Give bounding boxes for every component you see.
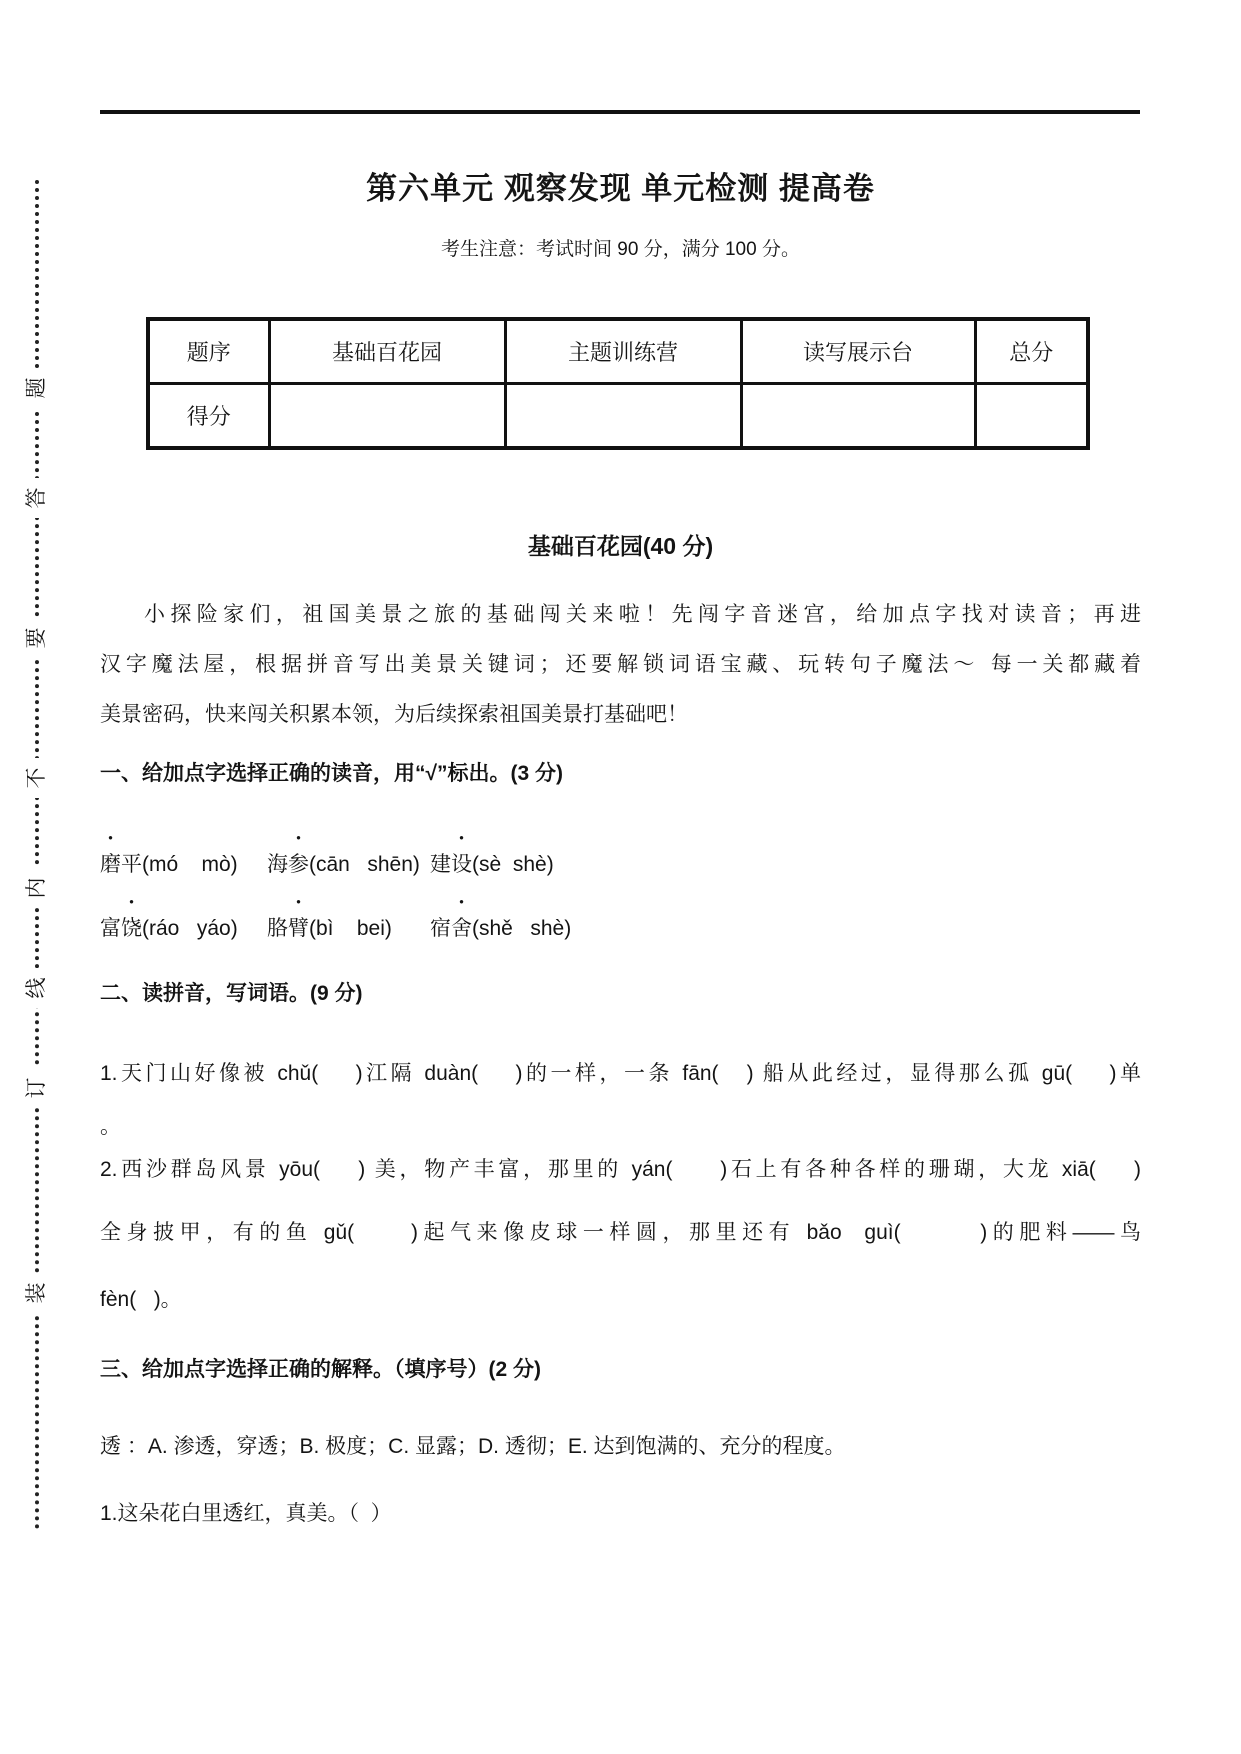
question-1-title: 一、给加点字选择正确的读音，用“√”标出。(3 分) xyxy=(100,757,1141,787)
dotted-char: ●磨 xyxy=(100,848,121,878)
score-input-cell[interactable] xyxy=(505,384,741,449)
pinyin-choice-row: 富●饶(ráo yáo)胳●臂(bì bei)宿●舍(shě shè) xyxy=(100,912,1141,942)
pinyin-item: 海●参(cān shēn) xyxy=(267,848,430,878)
pinyin-options[interactable]: (mó mò) xyxy=(142,853,238,876)
score-table: 题序 基础百花园 主题训练营 读写展示台 总分 得分 xyxy=(146,317,1090,450)
score-input-cell[interactable] xyxy=(741,384,975,449)
exam-page: 题 答 要 不 内 线 订 装 第六单元 观察发现 单元检测 提高卷 考生注意：… xyxy=(0,0,1241,1754)
score-table-header-cell: 基础百花园 xyxy=(269,319,505,384)
pinyin-options[interactable]: (ráo yáo) xyxy=(142,917,238,940)
score-input-cell[interactable] xyxy=(269,384,505,449)
binding-char: 要 xyxy=(22,618,52,658)
fill-blank-line[interactable]: fèn( )。 xyxy=(100,1283,1141,1313)
question-2-title: 二、读拼音，写词语。(9 分) xyxy=(100,977,1141,1007)
top-rule xyxy=(100,110,1140,114)
score-table-header-cell: 题序 xyxy=(148,319,269,384)
dotted-char: ●设 xyxy=(451,848,472,878)
emphasis-dot-icon: ● xyxy=(459,834,464,842)
score-input-cell[interactable] xyxy=(975,384,1088,449)
binding-char: 答 xyxy=(22,478,52,518)
score-table-header-cell: 主题训练营 xyxy=(505,319,741,384)
emphasis-dot-icon: ● xyxy=(459,898,464,906)
pinyin-choice-row: ●磨平(mó mò)海●参(cān shēn)建●设(sè shè) xyxy=(100,848,1141,878)
pinyin-options[interactable]: (cān shēn) xyxy=(309,853,420,876)
char: 胳 xyxy=(267,912,288,942)
binding-char: 不 xyxy=(22,758,52,798)
char: 平 xyxy=(121,848,142,878)
char: 建 xyxy=(430,848,451,878)
binding-char: 订 xyxy=(22,1068,52,1108)
binding-char: 题 xyxy=(22,368,52,408)
pinyin-options[interactable]: (sè shè) xyxy=(472,853,554,876)
fill-blank-line[interactable]: 1.天门山好像被 chǔ( )江隔 duàn( )的一样，一条 fān( ) 船… xyxy=(100,1057,1141,1087)
fill-blank-line[interactable]: 全身披甲，有的鱼 gǔ( )起气来像皮球一样圆，那里还有 bǎo guì( )的… xyxy=(100,1216,1141,1246)
pinyin-item: 宿●舍(shě shè) xyxy=(430,912,571,942)
dotted-char: ●参 xyxy=(288,848,309,878)
pinyin-item: 胳●臂(bì bei) xyxy=(267,912,430,942)
pinyin-item: 富●饶(ráo yáo) xyxy=(100,912,267,942)
emphasis-dot-icon: ● xyxy=(129,898,134,906)
intro-line: 小探险家们，祖国美景之旅的基础闯关来啦！先闯字音迷宫，给加点字找对读音；再进 xyxy=(100,598,1141,628)
exam-notice: 考生注意：考试时间 90 分，满分 100 分。 xyxy=(0,234,1241,261)
emphasis-dot-icon: ● xyxy=(108,834,113,842)
char: 海 xyxy=(267,848,288,878)
page-title: 第六单元 观察发现 单元检测 提高卷 xyxy=(0,163,1241,208)
score-row-label: 得分 xyxy=(148,384,269,449)
char: 宿 xyxy=(430,912,451,942)
dotted-char: ●舍 xyxy=(451,912,472,942)
question-3-title: 三、给加点字选择正确的解释。（填序号）(2 分) xyxy=(100,1353,1141,1383)
fill-blank-line: 。 xyxy=(100,1110,1141,1140)
pinyin-options[interactable]: (bì bei) xyxy=(309,917,392,940)
score-table-header-row: 题序 基础百花园 主题训练营 读写展示台 总分 xyxy=(148,319,1088,384)
definition-line: 透 ：A. 渗透，穿透；B. 极度；C. 显露；D. 透彻；E. 达到饱满的、充… xyxy=(100,1430,1141,1460)
emphasis-dot-icon: ● xyxy=(296,834,301,842)
binding-char: 装 xyxy=(22,1273,52,1313)
intro-line: 美景密码，快来闯关积累本领，为后续探索祖国美景打基础吧！ xyxy=(100,698,1141,728)
pinyin-item: ●磨平(mó mò) xyxy=(100,848,267,878)
score-table-header-cell: 读写展示台 xyxy=(741,319,975,384)
pinyin-item: 建●设(sè shè) xyxy=(430,848,554,878)
score-table-score-row: 得分 xyxy=(148,384,1088,449)
emphasis-dot-icon: ● xyxy=(296,898,301,906)
pinyin-options[interactable]: (shě shè) xyxy=(472,917,571,940)
intro-line: 汉字魔法屋，根据拼音写出美景关键词；还要解锁词语宝藏、玩转句子魔法～ 每一关都藏… xyxy=(100,648,1141,678)
question-3-item[interactable]: 1.这朵花白里透红，真美。（ ） xyxy=(100,1497,1141,1527)
section-title: 基础百花园(40 分) xyxy=(0,528,1241,561)
score-table-header-cell: 总分 xyxy=(975,319,1088,384)
char: 富 xyxy=(100,912,121,942)
dotted-char: ●臂 xyxy=(288,912,309,942)
dotted-char: ●饶 xyxy=(121,912,142,942)
fill-blank-line[interactable]: 2.西沙群岛风景 yōu( ) 美，物产丰富，那里的 yán( )石上有各种各样… xyxy=(100,1153,1141,1183)
binding-char: 线 xyxy=(22,968,52,1008)
binding-char: 内 xyxy=(22,868,52,908)
